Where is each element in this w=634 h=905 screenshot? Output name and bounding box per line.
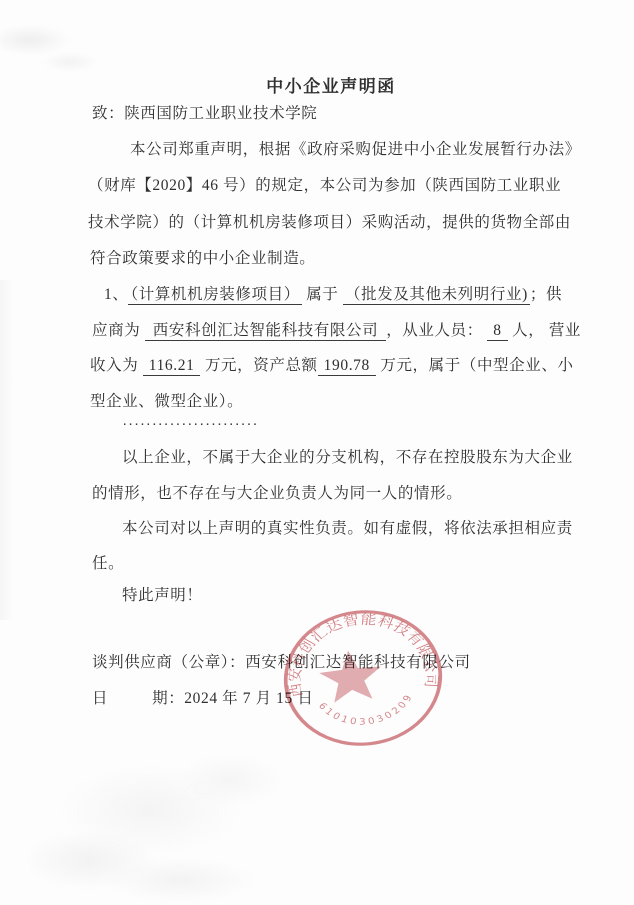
document-title: 中小企业声明函 (90, 72, 572, 97)
employee-count-underlined: 8 (487, 322, 507, 341)
intro-line-1: 本公司郑重声明，根据《政府采购促进中小企业发展暂行办法》 (130, 140, 581, 160)
industry-underlined: （批发及其他未列明行业) (343, 286, 530, 305)
scan-artifact-top-left (0, 10, 110, 80)
no-branch-line-2: 的情形，也不存在与大企业负责人为同一人的情形。 (92, 484, 462, 504)
item1-line-1: 1、（计算机机房装修项目） 属于 （批发及其他未列明行业)；供 (104, 285, 562, 305)
company-seal: 西安科创汇达智能科技有限公司 6101030302090 (270, 588, 470, 768)
scan-artifact-left-edge (0, 280, 14, 620)
intro-line-2: （财库【2020】46 号）的规定，本公司为参加（陕西国防工业职业 (88, 176, 561, 196)
intro-line-4: 符合政策要求的中小企业制造。 (90, 249, 315, 269)
addressee-text: 致：陕西国防工业职业技术学院 (92, 105, 317, 122)
no-branch-line-1: 以上企业，不属于大企业的分支机构，不存在控股股东为大企业 (122, 448, 573, 468)
ellipsis-line: ....................... (122, 413, 258, 433)
closing-statement: 特此声明！ (122, 586, 203, 606)
supplier-name-underlined: 西安科创汇达智能科技有限公司 (145, 322, 386, 341)
item1-line-4: 型企业、微型企业）。 (90, 392, 243, 412)
revenue-underlined: 116.21 (143, 357, 201, 376)
item-number: 1、 (104, 286, 128, 303)
addressee-line: 致：陕西国防工业职业技术学院 (92, 104, 317, 124)
star-icon (317, 647, 384, 704)
project-name-underlined: （计算机机房装修项目） (128, 286, 301, 305)
item1-line-3: 收入为 116.21 万元，资产总额190.78 万元，属于（中型企业、小 (90, 356, 574, 376)
responsibility-line-2: 任。 (92, 554, 124, 574)
assets-underlined: 190.78 (318, 357, 376, 376)
scanned-document-page: 中小企业声明函 致：陕西国防工业职业技术学院 本公司郑重声明，根据《政府采购促进… (0, 0, 634, 905)
intro-line-3: 技术学院）的（计算机机房装修项目）采购活动，提供的货物全部由 (88, 213, 571, 233)
item1-line-2: 应商为 西安科创汇达智能科技有限公司，从业人员： 8 人， 营业 (92, 321, 581, 341)
responsibility-line-1: 本公司对以上声明的真实性负责。如有虚假，将依法承担相应责 (122, 519, 573, 539)
